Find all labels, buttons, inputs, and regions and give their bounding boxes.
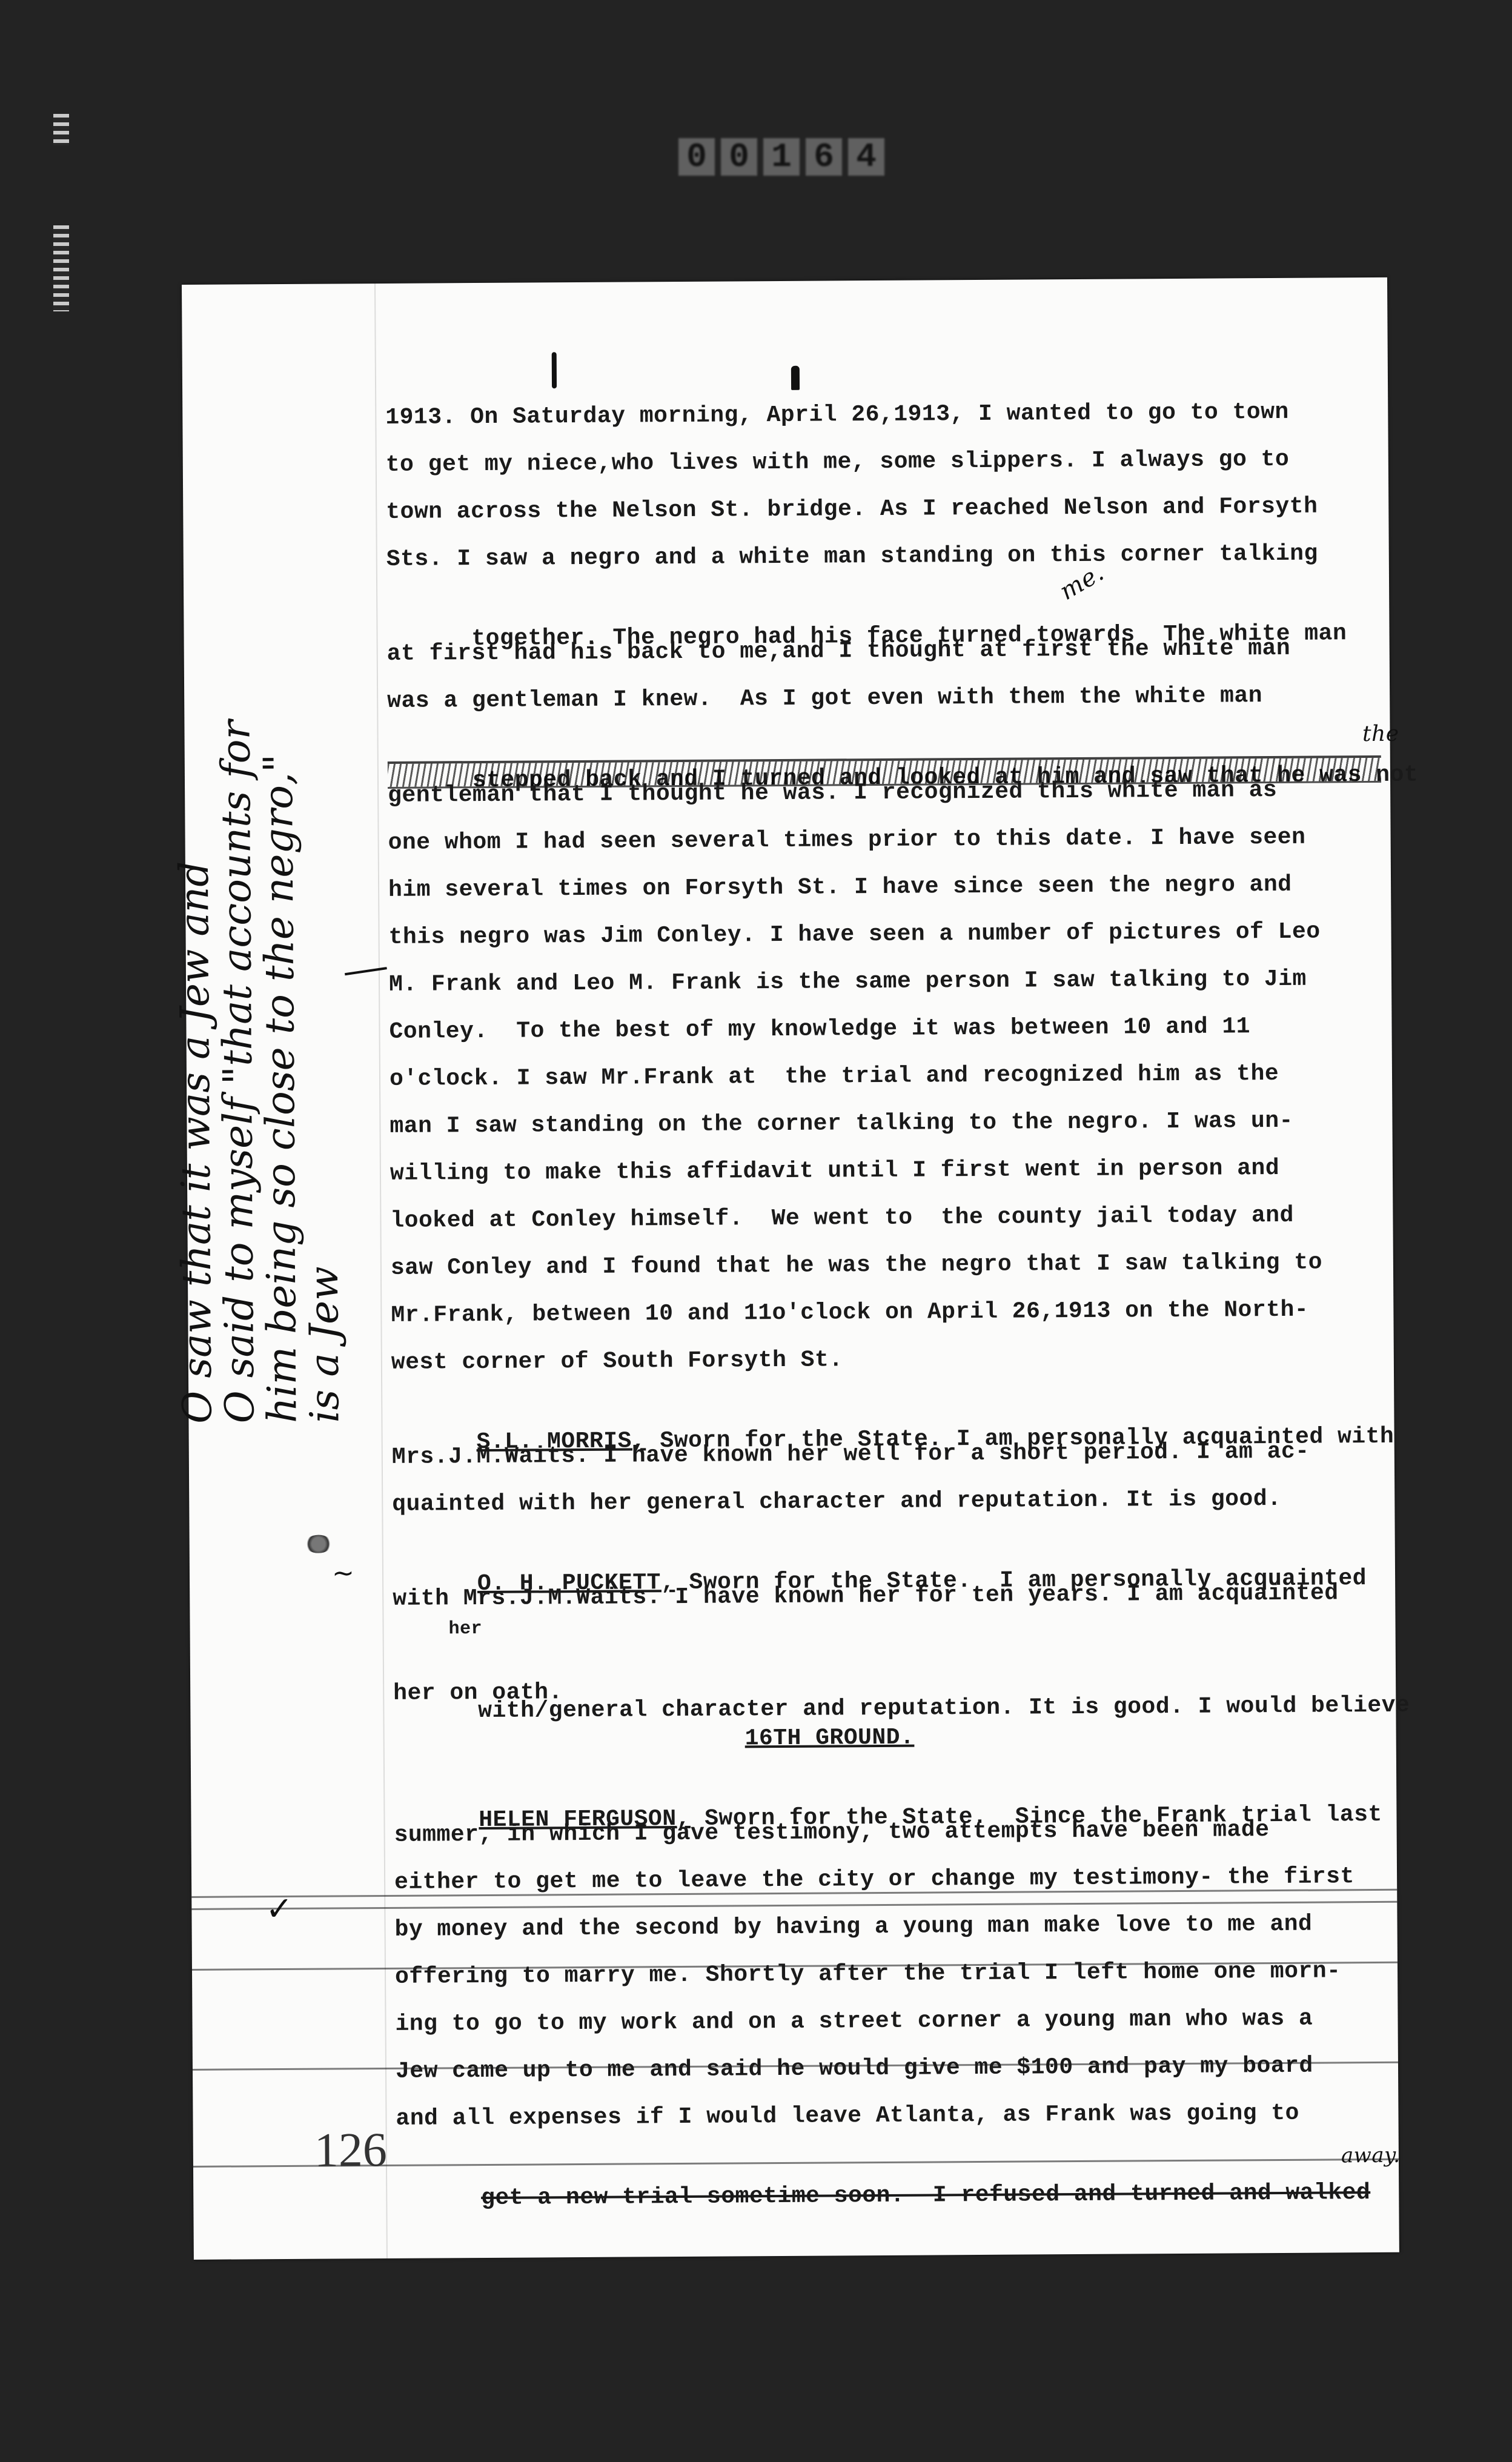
text-line: ing to go to my work and on a street cor… — [395, 2002, 1364, 2056]
text-line: gentleman that I thought he was. I recog… — [388, 774, 1357, 827]
text-line: either to get me to leave the city or ch… — [394, 1860, 1364, 1914]
text-line: town across the Nelson St. bridge. As I … — [386, 490, 1355, 543]
text-line: at first had his back to me,and I though… — [387, 632, 1356, 685]
text-line: this negro was Jim Conley. I have seen a… — [388, 915, 1358, 969]
text-line: by money and the second by having a youn… — [394, 1908, 1364, 1961]
text-line: man I saw standing on the corner talking… — [390, 1104, 1359, 1158]
text-line: saw Conley and I found that he was the n… — [391, 1246, 1360, 1299]
text-line: Sts. I saw a negro and a white man stand… — [386, 537, 1356, 591]
text-line: willing to make this affidavit until I f… — [390, 1152, 1359, 1205]
document-page: O saw that it was a Jew and O said to my… — [182, 277, 1399, 2260]
text-line: west corner of South Forsyth St. — [391, 1341, 1361, 1394]
stamp-digit: 6 — [806, 138, 842, 176]
typed-body: 1913. On Saturday morning, April 26,1913… — [385, 396, 1365, 2197]
interlinear-insert: her — [448, 1613, 482, 1645]
folio-number: 126 — [314, 2123, 388, 2178]
text-line: one whom I had seen several times prior … — [388, 821, 1357, 874]
stamp-digit: 4 — [848, 138, 884, 176]
text-line-with-insert: stepped back and I turned and looked at … — [388, 726, 1357, 780]
stamp-digit: 1 — [763, 138, 800, 176]
text-line-with-insert: together. The negro had his face turned … — [386, 585, 1356, 638]
text-line: looked at Conley himself. We went to the… — [390, 1199, 1359, 1252]
text-line: and all expenses if I would leave Atlant… — [396, 2097, 1365, 2150]
text-line: M. Frank and Leo M. Frank is the same pe… — [389, 963, 1358, 1016]
text-line: him several times on Forsyth St. I have … — [388, 868, 1358, 921]
stamp-digit: 0 — [721, 138, 757, 176]
margin-rule — [374, 284, 388, 2258]
film-edge-marks-middle — [53, 225, 69, 311]
text-line: her on oath. — [393, 1671, 1362, 1725]
text-line: Jew came up to me and said he would give… — [396, 2049, 1365, 2103]
frame-number-stamp: 0 0 1 6 4 — [678, 138, 884, 181]
tilde-mark: ~ — [332, 1558, 354, 1588]
text-line: with Mrs.J.M.Waits. I have known her for… — [393, 1577, 1362, 1630]
ink-mark — [791, 366, 800, 390]
text-line-content: get a new trial sometime soon. I refused… — [481, 2180, 1370, 2211]
text-line: offering to marry me. Shortly after the … — [395, 1955, 1364, 2008]
handwritten-margin-note: O saw that it was a Jew and O said to my… — [173, 817, 346, 1424]
text-line: o'clock. I saw Mr.Frank at the trial and… — [390, 1057, 1359, 1110]
seal-icon — [305, 1535, 333, 1553]
text-line: Mr.Frank, between 10 and 11o'clock on Ap… — [391, 1293, 1360, 1347]
witness-morris-line: S.L. MORRIS, Sworn for the State. I am p… — [391, 1388, 1361, 1441]
witness-puckett-line: O. H. PUCKETT, Sworn for the State. I am… — [393, 1530, 1362, 1583]
text-line: quainted with her general character and … — [392, 1482, 1361, 1536]
text-line-with-insert: get a new trial sometime soon. I refused… — [396, 2144, 1365, 2197]
text-line: Mrs.J.M.Waits. I have known her well for… — [392, 1435, 1361, 1488]
handwritten-insert-away: away. — [1341, 2139, 1401, 2172]
arrow-icon — [345, 967, 387, 975]
ink-mark — [552, 352, 557, 388]
stamp-digit: 0 — [678, 138, 715, 176]
text-line: to get my niece,who lives with me, some … — [386, 443, 1355, 496]
film-edge-marks-top — [53, 114, 69, 145]
text-line: summer, in which I gave testimony, two a… — [394, 1813, 1363, 1866]
checkmark-icon: ✓ — [265, 1890, 293, 1928]
text-line: Conley. To the best of my knowledge it w… — [389, 1010, 1358, 1063]
section-heading: 16TH GROUND. — [394, 1719, 1363, 1772]
text-line-with-insert: her with/general character and reputatio… — [393, 1624, 1362, 1677]
handwritten-insert-the: the — [1362, 718, 1399, 751]
text-line: 1913. On Saturday morning, April 26,1913… — [385, 396, 1354, 449]
text-line: was a gentleman I knew. As I got even wi… — [387, 679, 1356, 732]
witness-ferguson-line: HELEN FERGUSON, Sworn for the State. Sin… — [394, 1766, 1363, 1819]
